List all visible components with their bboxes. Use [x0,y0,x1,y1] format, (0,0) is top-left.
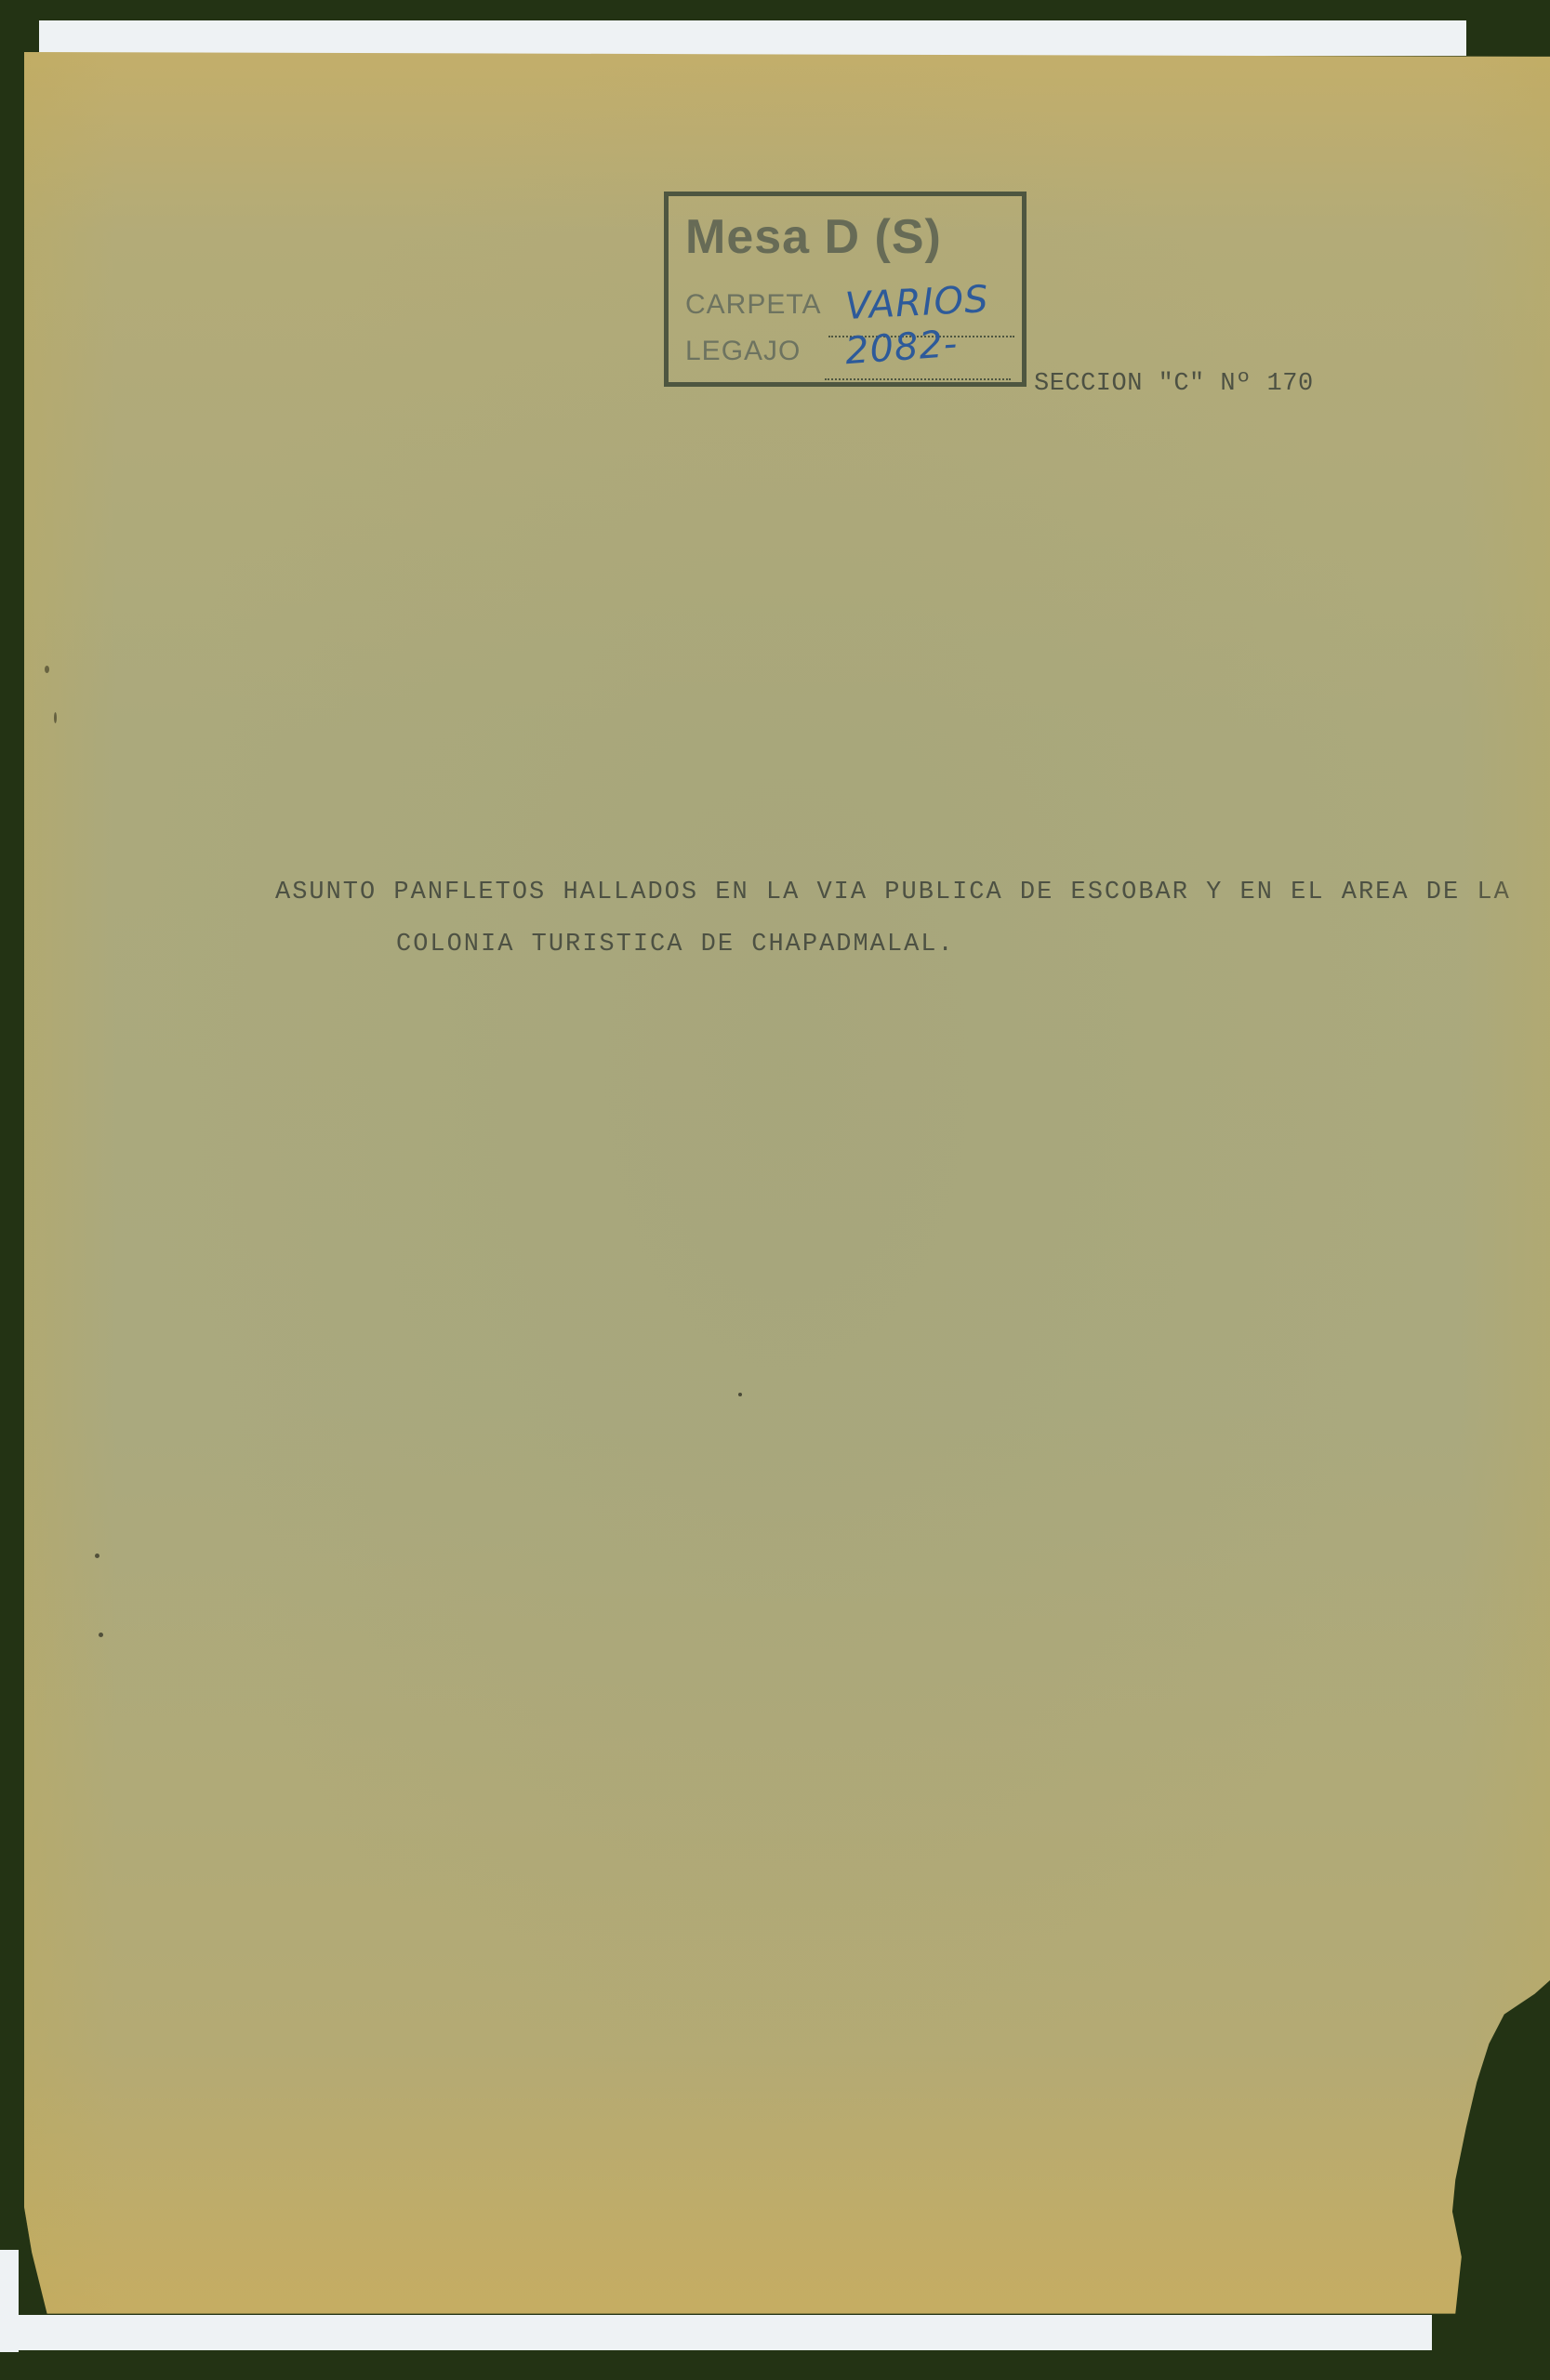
scan-margin-bottom [0,2315,1432,2350]
speck [45,666,49,673]
handwritten-legajo-value: 2082- [844,323,960,373]
speck [99,1633,103,1637]
section-number: SECCION "C" Nº 170 [1034,370,1314,398]
speck [95,1554,99,1558]
stamp-legajo-line [825,378,1011,380]
subject-line-2: COLONIA TURISTICA DE CHAPADMALAL. [275,919,1511,971]
speck [54,712,57,723]
scan-margin-top [39,20,1466,56]
stamp-legajo-label: LEGAJO [685,336,801,367]
subject-line-1: ASUNTO PANFLETOS HALLADOS EN LA VIA PUBL… [275,879,1511,906]
handwritten-carpeta-value: VARIOS [844,278,990,328]
speck [738,1393,742,1396]
stamp-carpeta-label: CARPETA [685,289,821,321]
folder-cover-page: Mesa D (S) CARPETA VARIOS LEGAJO 2082- S… [24,52,1550,2320]
archive-stamp: Mesa D (S) CARPETA VARIOS LEGAJO 2082- [664,192,1027,387]
subject-text: ASUNTO PANFLETOS HALLADOS EN LA VIA PUBL… [275,866,1511,971]
stamp-title: Mesa D (S) [685,209,942,265]
